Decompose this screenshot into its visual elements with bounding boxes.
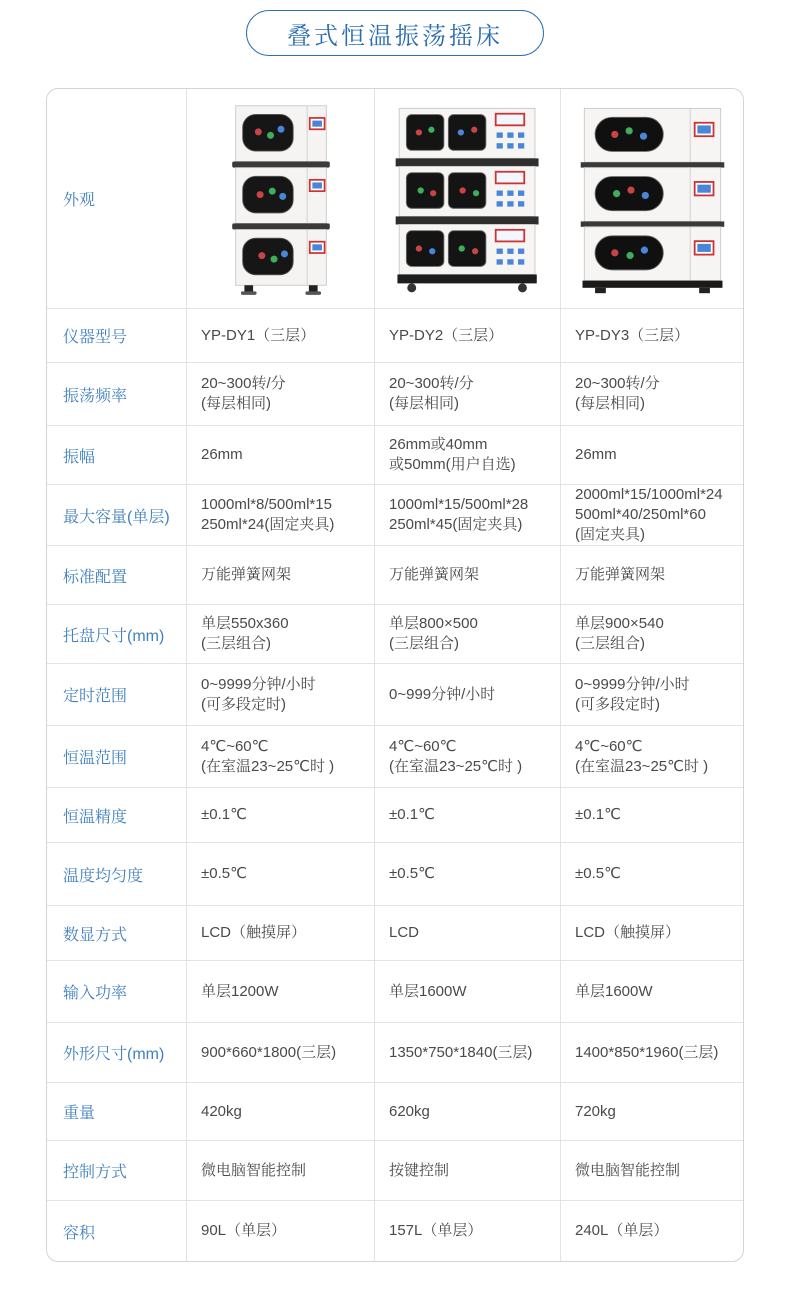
spec-cell: ±0.5℃ — [187, 843, 375, 906]
spec-cell: 26mm — [561, 426, 743, 485]
spec-cell: 90L（单层） — [187, 1201, 375, 1261]
spec-row-label: 数显方式 — [47, 906, 187, 961]
shaker-3-tier-narrow-photo — [220, 100, 342, 298]
spec-row-label: 振荡频率 — [47, 363, 187, 426]
spec-cell: 单层900×540 (三层组合) — [561, 605, 743, 664]
spec-cell: 单层1200W — [187, 961, 375, 1023]
spec-cell: 单层550x360 (三层组合) — [187, 605, 375, 664]
product-image-yp-dy3 — [561, 89, 743, 309]
spec-row-label: 恒温精度 — [47, 788, 187, 843]
spec-cell: 按键控制 — [375, 1141, 561, 1201]
spec-cell: 1350*750*1840(三层) — [375, 1023, 561, 1083]
spec-cell: 20~300转/分 (每层相同) — [561, 363, 743, 426]
spec-cell: 单层1600W — [375, 961, 561, 1023]
spec-cell: ±0.1℃ — [187, 788, 375, 843]
spec-row-label: 输入功率 — [47, 961, 187, 1023]
spec-cell: ±0.1℃ — [375, 788, 561, 843]
spec-row-label: 定时范围 — [47, 664, 187, 726]
spec-row-label: 标准配置 — [47, 546, 187, 605]
product-image-yp-dy2 — [375, 89, 561, 309]
spec-cell: 2000ml*15/1000ml*24 500ml*40/250ml*60 (固… — [561, 485, 743, 546]
spec-cell: LCD — [375, 906, 561, 961]
shaker-3-tier-double-door-photo — [392, 103, 544, 295]
spec-cell: 26mm — [187, 426, 375, 485]
spec-cell: YP-DY1（三层） — [187, 309, 375, 363]
spec-cell: 0~999分钟/小时 — [375, 664, 561, 726]
spec-row-label: 恒温范围 — [47, 726, 187, 788]
spec-cell: 1000ml*8/500ml*15 250ml*24(固定夹具) — [187, 485, 375, 546]
spec-cell: 单层800×500 (三层组合) — [375, 605, 561, 664]
product-image-yp-dy1 — [187, 89, 375, 309]
spec-cell: 20~300转/分 (每层相同) — [375, 363, 561, 426]
spec-cell: 720kg — [561, 1083, 743, 1141]
spec-cell: 4℃~60℃ (在室温23~25℃时 ) — [561, 726, 743, 788]
spec-cell: 万能弹簧网架 — [561, 546, 743, 605]
spec-cell: 1400*850*1960(三层) — [561, 1023, 743, 1083]
spec-cell: LCD（触摸屏） — [187, 906, 375, 961]
spec-row-label: 仪器型号 — [47, 309, 187, 363]
spec-row-label-appearance: 外观 — [47, 89, 187, 309]
spec-row-label: 重量 — [47, 1083, 187, 1141]
spec-cell: 240L（单层） — [561, 1201, 743, 1261]
shaker-3-tier-wide-photo — [575, 103, 730, 295]
spec-cell: 620kg — [375, 1083, 561, 1141]
spec-row-label: 托盘尺寸(mm) — [47, 605, 187, 664]
spec-cell: 万能弹簧网架 — [187, 546, 375, 605]
spec-row-label: 最大容量(单层) — [47, 485, 187, 546]
spec-cell: YP-DY2（三层） — [375, 309, 561, 363]
spec-row-label: 外形尺寸(mm) — [47, 1023, 187, 1083]
spec-cell: ±0.5℃ — [561, 843, 743, 906]
spec-cell: 420kg — [187, 1083, 375, 1141]
spec-cell: 微电脑智能控制 — [561, 1141, 743, 1201]
spec-table: 外观 — [46, 88, 744, 1262]
spec-row-label: 温度均匀度 — [47, 843, 187, 906]
spec-cell: 26mm或40mm 或50mm(用户自选) — [375, 426, 561, 485]
spec-cell: 0~9999分钟/小时 (可多段定时) — [561, 664, 743, 726]
spec-cell: 0~9999分钟/小时 (可多段定时) — [187, 664, 375, 726]
spec-cell: 1000ml*15/500ml*28 250ml*45(固定夹具) — [375, 485, 561, 546]
spec-cell: 20~300转/分 (每层相同) — [187, 363, 375, 426]
spec-row-label: 控制方式 — [47, 1141, 187, 1201]
spec-cell: 900*660*1800(三层) — [187, 1023, 375, 1083]
spec-cell: 4℃~60℃ (在室温23~25℃时 ) — [187, 726, 375, 788]
spec-cell: 单层1600W — [561, 961, 743, 1023]
spec-cell: YP-DY3（三层） — [561, 309, 743, 363]
spec-row-label: 容积 — [47, 1201, 187, 1261]
spec-cell: LCD（触摸屏） — [561, 906, 743, 961]
spec-cell: ±0.1℃ — [561, 788, 743, 843]
spec-cell: 微电脑智能控制 — [187, 1141, 375, 1201]
spec-cell: ±0.5℃ — [375, 843, 561, 906]
page-title: 叠式恒温振荡摇床 — [246, 10, 544, 56]
spec-row-label: 振幅 — [47, 426, 187, 485]
spec-cell: 万能弹簧网架 — [375, 546, 561, 605]
spec-cell: 4℃~60℃ (在室温23~25℃时 ) — [375, 726, 561, 788]
page: { "page": { "title": "叠式恒温振荡摇床" }, "colo… — [0, 0, 790, 1314]
spec-cell: 157L（单层） — [375, 1201, 561, 1261]
